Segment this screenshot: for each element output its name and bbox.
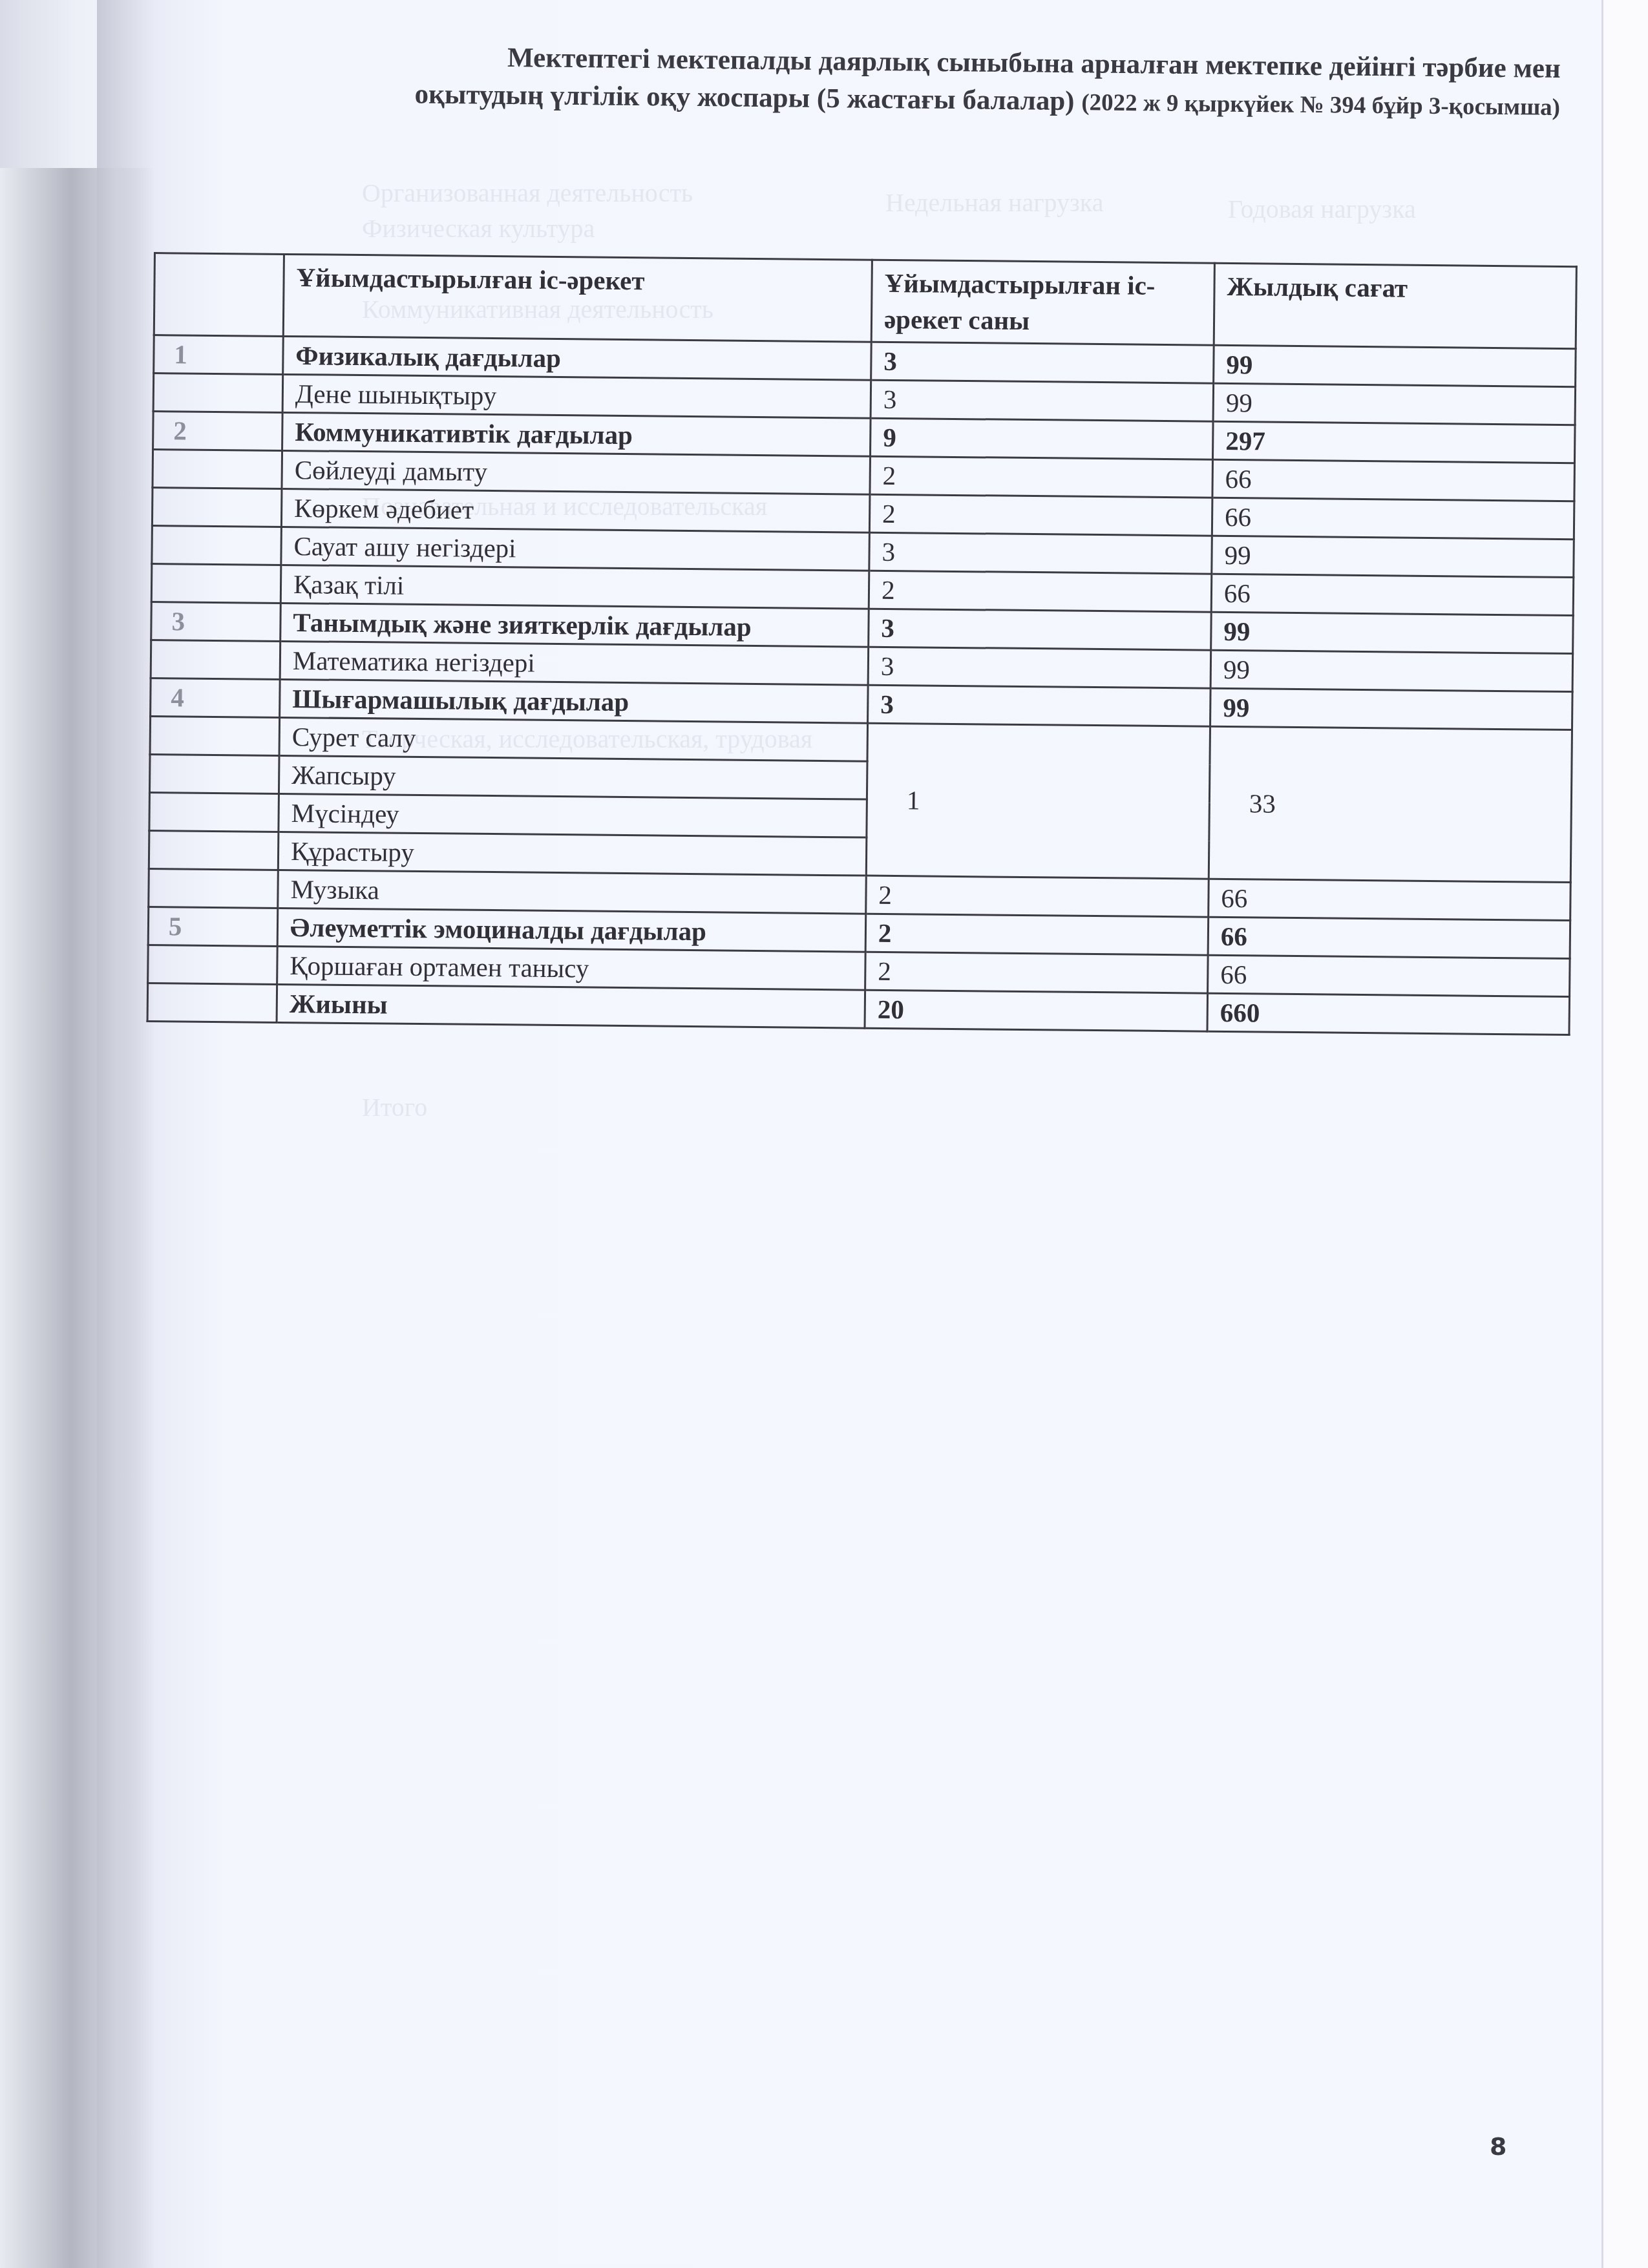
merged-annual-hours: 33 (1209, 726, 1572, 882)
row-number: 1 (154, 335, 284, 375)
row-number (151, 640, 280, 679)
row-activity-name: Құрастыру (278, 832, 867, 876)
row-activity-name: Физикалық дағдылар (283, 336, 872, 380)
row-annual-hours: 66 (1212, 498, 1574, 539)
row-number: 3 (151, 602, 281, 641)
header-number (154, 253, 284, 337)
row-activity-count: 2 (865, 914, 1209, 955)
row-annual-hours: 66 (1209, 879, 1571, 920)
row-activity-count: 2 (865, 952, 1209, 993)
row-activity-name: Қоршаған ортамен танысу (277, 946, 866, 990)
merged-activity-count: 1 (866, 723, 1210, 879)
row-activity-count: 2 (866, 876, 1209, 917)
row-number (151, 563, 281, 603)
bleed-through-text: Физическая культура (362, 213, 595, 244)
row-activity-name: Дене шынықтыру (282, 374, 871, 418)
row-activity-name: Сөйлеуді дамыту (282, 450, 871, 494)
row-activity-name: Қазақ тілі (280, 565, 869, 609)
row-number: 2 (153, 412, 283, 451)
row-annual-hours: 99 (1212, 536, 1574, 577)
row-activity-name: Танымдық және зияткерлік дағдылар (280, 603, 869, 647)
row-annual-hours: 66 (1208, 917, 1570, 958)
row-activity-name: Сауат ашу негіздері (281, 527, 870, 571)
row-activity-count: 3 (871, 342, 1214, 383)
table-header-row: Ұйымдастырылған іс-әрекет Ұйымдастырылға… (154, 253, 1576, 349)
row-annual-hours: 66 (1211, 574, 1574, 615)
row-activity-name: Музыка (278, 870, 867, 914)
row-activity-count: 3 (871, 380, 1214, 421)
row-activity-name: Жапсыру (279, 755, 867, 799)
row-annual-hours: 297 (1212, 421, 1575, 463)
row-activity-name: Әлеуметтік эмоциналды дағдылар (277, 908, 866, 952)
row-number: 4 (151, 678, 280, 717)
row-number (152, 487, 282, 527)
bleed-through-text: Недельная нагрузка (885, 187, 1103, 218)
row-number (148, 945, 278, 984)
row-number: 5 (148, 907, 278, 946)
row-activity-name: Сурет салу (279, 717, 868, 761)
row-annual-hours: 99 (1211, 612, 1574, 653)
row-activity-name: Математика негіздері (280, 641, 869, 685)
row-activity-name: Коммуникативтік дағдылар (282, 412, 871, 456)
row-activity-count: 3 (868, 685, 1211, 726)
table-body: 1Физикалық дағдылар399Дене шынықтыру3992… (147, 335, 1576, 1035)
row-annual-hours: 99 (1213, 383, 1576, 425)
row-number (149, 868, 279, 908)
row-activity-count: 3 (869, 609, 1212, 650)
row-activity-count: 3 (869, 532, 1212, 574)
header-count: Ұйымдастырылған іс-әрекет саны (871, 260, 1214, 345)
row-number (153, 373, 283, 413)
title-reference: (2022 ж 9 қыркүйек № 394 бұйр 3-қосымша) (1081, 89, 1560, 121)
page-edge (1601, 0, 1648, 2268)
row-activity-name: Шығармашылық дағдылар (280, 679, 869, 723)
row-activity-count: 2 (869, 494, 1212, 536)
row-activity-name: Көркем әдебиет (281, 488, 870, 532)
row-annual-hours: 66 (1208, 955, 1570, 996)
curriculum-table-container: Ұйымдастырылған іс-әрекет Ұйымдастырылға… (147, 252, 1576, 1036)
row-number (153, 450, 282, 489)
row-annual-hours: 66 (1212, 459, 1575, 501)
row-activity-count: 2 (869, 571, 1212, 612)
total-label: Жиыны (277, 984, 865, 1028)
title-line-2-text: оқытудың үлгілік оқу жоспары (5 жастағы … (414, 79, 1074, 116)
total-annual-hours: 660 (1207, 993, 1570, 1034)
row-annual-hours: 99 (1210, 650, 1573, 691)
bleed-through-text: Итого (362, 1092, 427, 1122)
row-number (150, 716, 280, 755)
row-activity-count: 2 (870, 456, 1213, 498)
bleed-through-text: Годовая нагрузка (1228, 194, 1416, 224)
row-number (149, 792, 279, 832)
header-annual-hours: Жылдық сағат (1214, 263, 1576, 348)
curriculum-table: Ұйымдастырылған іс-әрекет Ұйымдастырылға… (147, 252, 1578, 1036)
row-number (149, 830, 279, 870)
header-activity: Ұйымдастырылған іс-әрекет (283, 254, 872, 342)
row-annual-hours: 99 (1214, 345, 1576, 386)
row-activity-count: 3 (868, 647, 1211, 688)
row-number (149, 754, 279, 793)
row-number (152, 525, 282, 565)
row-number (147, 983, 277, 1022)
page-number: 8 (1490, 2132, 1506, 2161)
row-activity-name: Мүсіндеу (279, 793, 867, 837)
binding-shadow (0, 168, 155, 2268)
row-annual-hours: 99 (1210, 688, 1573, 730)
row-activity-count: 9 (871, 418, 1214, 459)
bleed-through-text: Организованная деятельность (362, 178, 693, 208)
total-count: 20 (865, 990, 1208, 1031)
document-title: Мектептегі мектепалды даярлық сыныбына а… (138, 36, 1561, 127)
